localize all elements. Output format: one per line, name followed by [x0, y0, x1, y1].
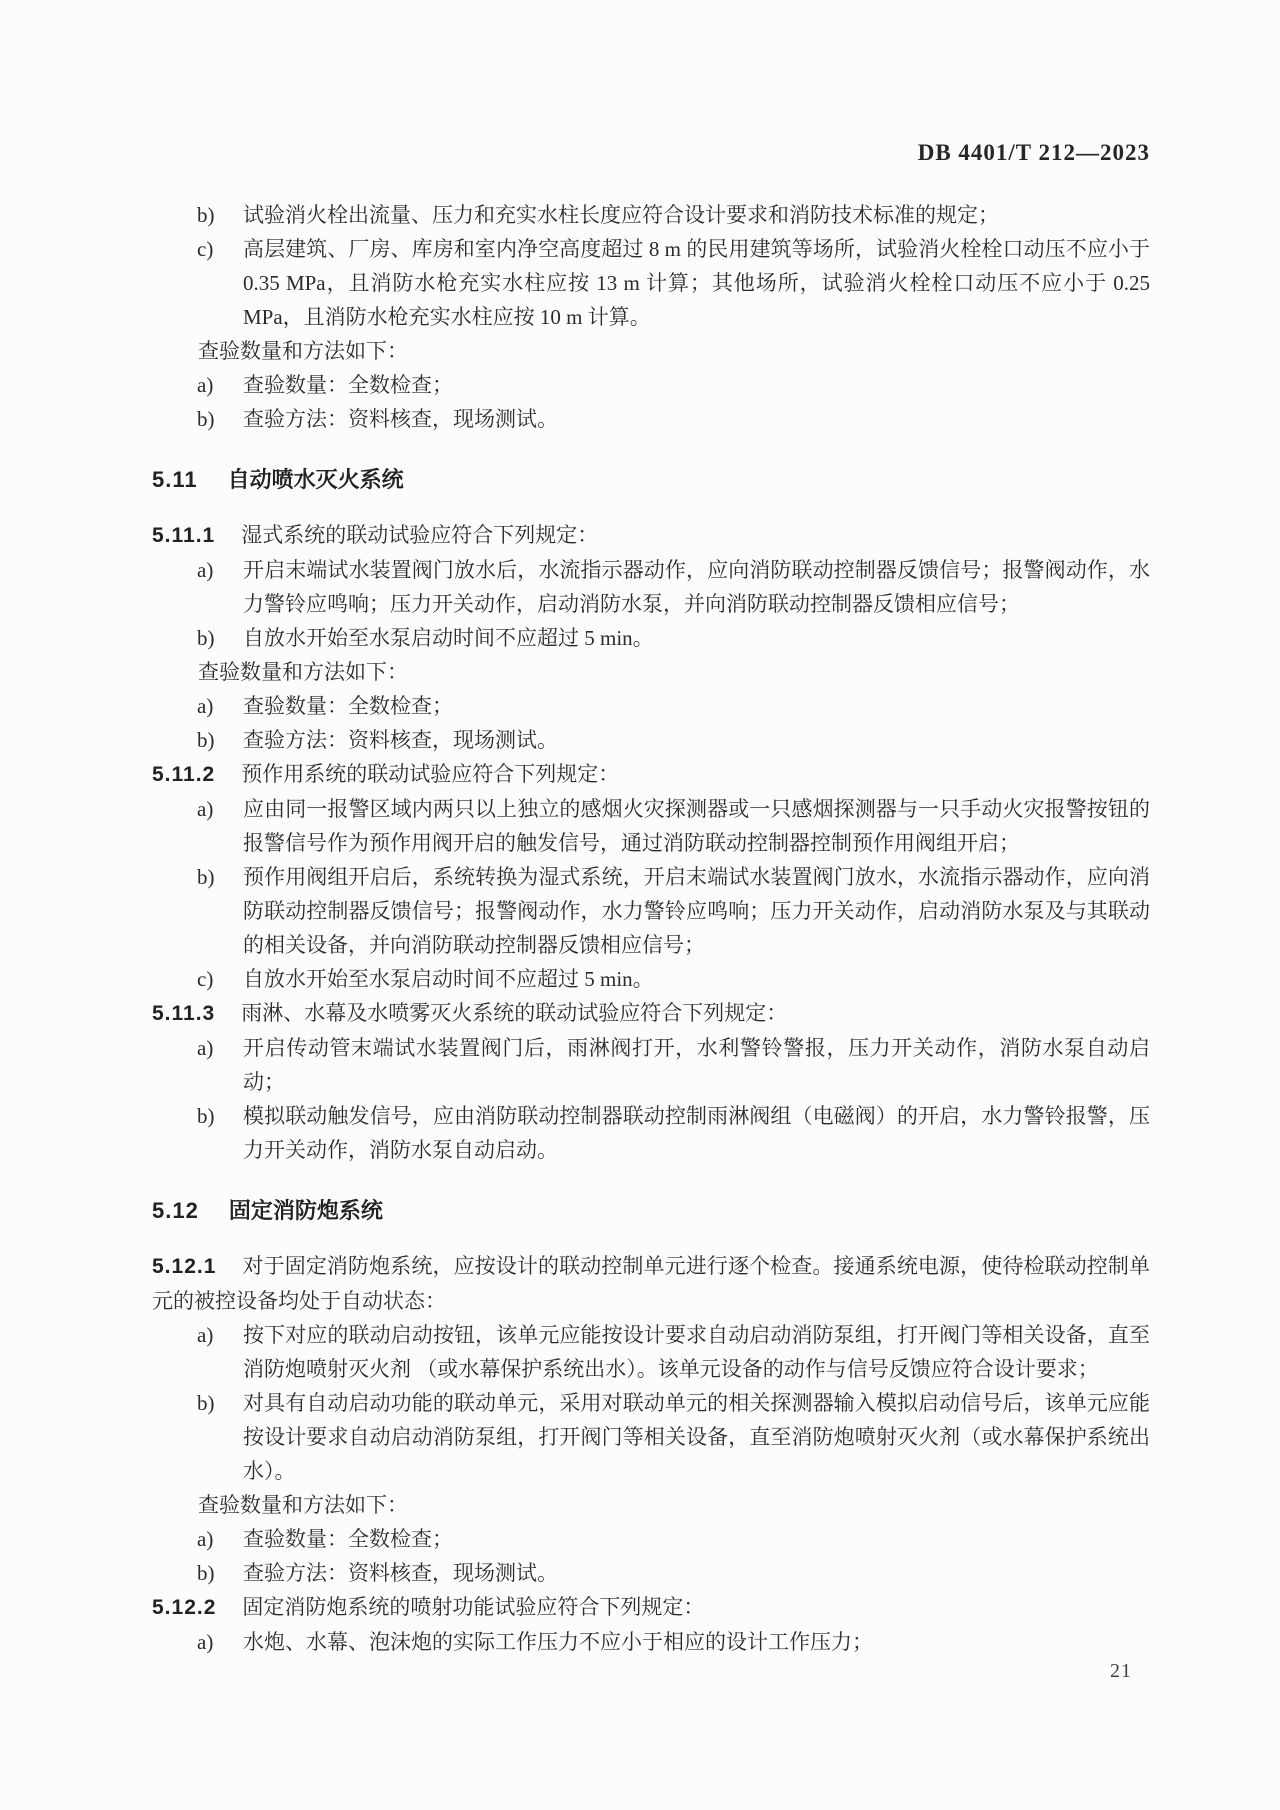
clause-text: 湿式系统的联动试验应符合下列规定：	[241, 523, 598, 547]
list-item-text: 水炮、水幕、泡沫炮的实际工作压力不应小于相应的设计工作压力；	[243, 1625, 1150, 1659]
clause-number: 5.11.3	[152, 1002, 215, 1025]
section-title: 固定消防炮系统	[229, 1198, 383, 1223]
list-item-label: b)	[197, 723, 243, 757]
list-item-text: 应由同一报警区域内两只以上独立的感烟火灾探测器或一只感烟探测器与一只手动火灾报警…	[243, 792, 1150, 860]
clause-paragraph: 5.12.1对于固定消防炮系统，应按设计的联动控制单元进行逐个检查。接通系统电源…	[152, 1249, 1150, 1318]
check-method-heading: 查验数量和方法如下：	[198, 1488, 1150, 1522]
list-item-text: 试验消火栓出流量、压力和充实水柱长度应符合设计要求和消防技术标准的规定；	[243, 198, 1150, 232]
list-item-text: 查验方法：资料核查，现场测试。	[243, 1556, 1150, 1590]
list-item: a) 开启末端试水装置阀门放水后，水流指示器动作，应向消防联动控制器反馈信号；报…	[197, 553, 1150, 621]
list-item-label: a)	[197, 792, 243, 860]
list-item: c) 高层建筑、厂房、库房和室内净空高度超过 8 m 的民用建筑等场所，试验消火…	[197, 232, 1150, 334]
list-item-label: b)	[197, 860, 243, 962]
list-item-label: a)	[197, 553, 243, 621]
section-number: 5.12	[152, 1198, 199, 1223]
clause-paragraph: 5.11.1湿式系统的联动试验应符合下列规定：	[152, 518, 1150, 553]
clause-number: 5.11.2	[152, 763, 215, 786]
list-item: a) 水炮、水幕、泡沫炮的实际工作压力不应小于相应的设计工作压力；	[197, 1625, 1150, 1659]
list-item-label: b)	[197, 1099, 243, 1167]
list-item-text: 查验数量：全数检查；	[243, 368, 1150, 402]
list-item-label: a)	[197, 1625, 243, 1659]
list-item-text: 查验数量：全数检查；	[243, 1522, 1150, 1556]
section-title: 自动喷水灭火系统	[228, 467, 404, 492]
list-item-label: b)	[197, 621, 243, 655]
list-item-label: a)	[197, 1031, 243, 1099]
clause-number: 5.11.1	[152, 524, 215, 547]
list-item: b) 试验消火栓出流量、压力和充实水柱长度应符合设计要求和消防技术标准的规定；	[197, 198, 1150, 232]
list-item-text: 查验方法：资料核查，现场测试。	[243, 402, 1150, 436]
check-method-heading: 查验数量和方法如下：	[198, 334, 1150, 368]
clause-paragraph: 5.11.2预作用系统的联动试验应符合下列规定：	[152, 757, 1150, 792]
list-item-label: a)	[197, 1318, 243, 1386]
check-method-heading: 查验数量和方法如下：	[198, 655, 1150, 689]
list-item-label: c)	[197, 232, 243, 334]
list-item-label: b)	[197, 402, 243, 436]
document-page: DB 4401/T 212—2023 b) 试验消火栓出流量、压力和充实水柱长度…	[0, 0, 1280, 1810]
list-item: b) 查验方法：资料核查，现场测试。	[197, 402, 1150, 436]
list-item-text: 预作用阀组开启后，系统转换为湿式系统，开启末端试水装置阀门放水，水流指示器动作，…	[243, 860, 1150, 962]
list-item: a) 应由同一报警区域内两只以上独立的感烟火灾探测器或一只感烟探测器与一只手动火…	[197, 792, 1150, 860]
list-item-label: a)	[197, 368, 243, 402]
list-item-text: 自放水开始至水泵启动时间不应超过 5 min。	[243, 962, 1150, 996]
clause-number: 5.12.2	[152, 1596, 216, 1619]
clause-text: 固定消防炮系统的喷射功能试验应符合下列规定：	[242, 1595, 704, 1619]
list-item-text: 对具有自动启动功能的联动单元，采用对联动单元的相关探测器输入模拟启动信号后，该单…	[243, 1386, 1150, 1488]
page-content: DB 4401/T 212—2023 b) 试验消火栓出流量、压力和充实水柱长度…	[152, 140, 1150, 1659]
list-item-label: a)	[197, 689, 243, 723]
clause-text: 雨淋、水幕及水喷雾灭火系统的联动试验应符合下列规定：	[241, 1001, 787, 1025]
list-item-text: 模拟联动触发信号，应由消防联动控制器联动控制雨淋阀组（电磁阀）的开启，水力警铃报…	[243, 1099, 1150, 1167]
list-item-label: a)	[197, 1522, 243, 1556]
list-item: b) 模拟联动触发信号，应由消防联动控制器联动控制雨淋阀组（电磁阀）的开启，水力…	[197, 1099, 1150, 1167]
page-number: 21	[1110, 1660, 1132, 1683]
list-item-text: 开启传动管末端试水装置阀门后，雨淋阀打开，水利警铃警报，压力开关动作，消防水泵自…	[243, 1031, 1150, 1099]
list-item: b) 自放水开始至水泵启动时间不应超过 5 min。	[197, 621, 1150, 655]
list-item-label: b)	[197, 1386, 243, 1488]
list-item-text: 查验方法：资料核查，现场测试。	[243, 723, 1150, 757]
list-item: a) 按下对应的联动启动按钮，该单元应能按设计要求自动启动消防泵组，打开阀门等相…	[197, 1318, 1150, 1386]
list-item-text: 开启末端试水装置阀门放水后，水流指示器动作，应向消防联动控制器反馈信号；报警阀动…	[243, 553, 1150, 621]
list-item: b) 预作用阀组开启后，系统转换为湿式系统，开启末端试水装置阀门放水，水流指示器…	[197, 860, 1150, 962]
list-item-text: 自放水开始至水泵启动时间不应超过 5 min。	[243, 621, 1150, 655]
clause-number: 5.12.1	[152, 1255, 216, 1278]
clause-text: 预作用系统的联动试验应符合下列规定：	[241, 762, 619, 786]
list-item: b) 查验方法：资料核查，现场测试。	[197, 1556, 1150, 1590]
list-item: b) 查验方法：资料核查，现场测试。	[197, 723, 1150, 757]
standard-code: DB 4401/T 212—2023	[152, 140, 1150, 166]
section-number: 5.11	[152, 467, 198, 492]
list-item-label: b)	[197, 1556, 243, 1590]
list-item-text: 高层建筑、厂房、库房和室内净空高度超过 8 m 的民用建筑等场所，试验消火栓栓口…	[243, 232, 1150, 334]
list-item-label: b)	[197, 198, 243, 232]
list-item: a) 查验数量：全数检查；	[197, 368, 1150, 402]
list-item-text: 查验数量：全数检查；	[243, 689, 1150, 723]
section-heading: 5.12固定消防炮系统	[152, 1193, 1150, 1229]
list-item: c) 自放水开始至水泵启动时间不应超过 5 min。	[197, 962, 1150, 996]
clause-paragraph: 5.11.3雨淋、水幕及水喷雾灭火系统的联动试验应符合下列规定：	[152, 996, 1150, 1031]
clause-text: 对于固定消防炮系统，应按设计的联动控制单元进行逐个检查。接通系统电源，使待检联动…	[152, 1254, 1150, 1313]
list-item-text: 按下对应的联动启动按钮，该单元应能按设计要求自动启动消防泵组，打开阀门等相关设备…	[243, 1318, 1150, 1386]
list-item: b) 对具有自动启动功能的联动单元，采用对联动单元的相关探测器输入模拟启动信号后…	[197, 1386, 1150, 1488]
section-heading: 5.11自动喷水灭火系统	[152, 462, 1150, 498]
list-item-label: c)	[197, 962, 243, 996]
list-item: a) 开启传动管末端试水装置阀门后，雨淋阀打开，水利警铃警报，压力开关动作，消防…	[197, 1031, 1150, 1099]
clause-paragraph: 5.12.2固定消防炮系统的喷射功能试验应符合下列规定：	[152, 1590, 1150, 1625]
list-item: a) 查验数量：全数检查；	[197, 1522, 1150, 1556]
list-item: a) 查验数量：全数检查；	[197, 689, 1150, 723]
